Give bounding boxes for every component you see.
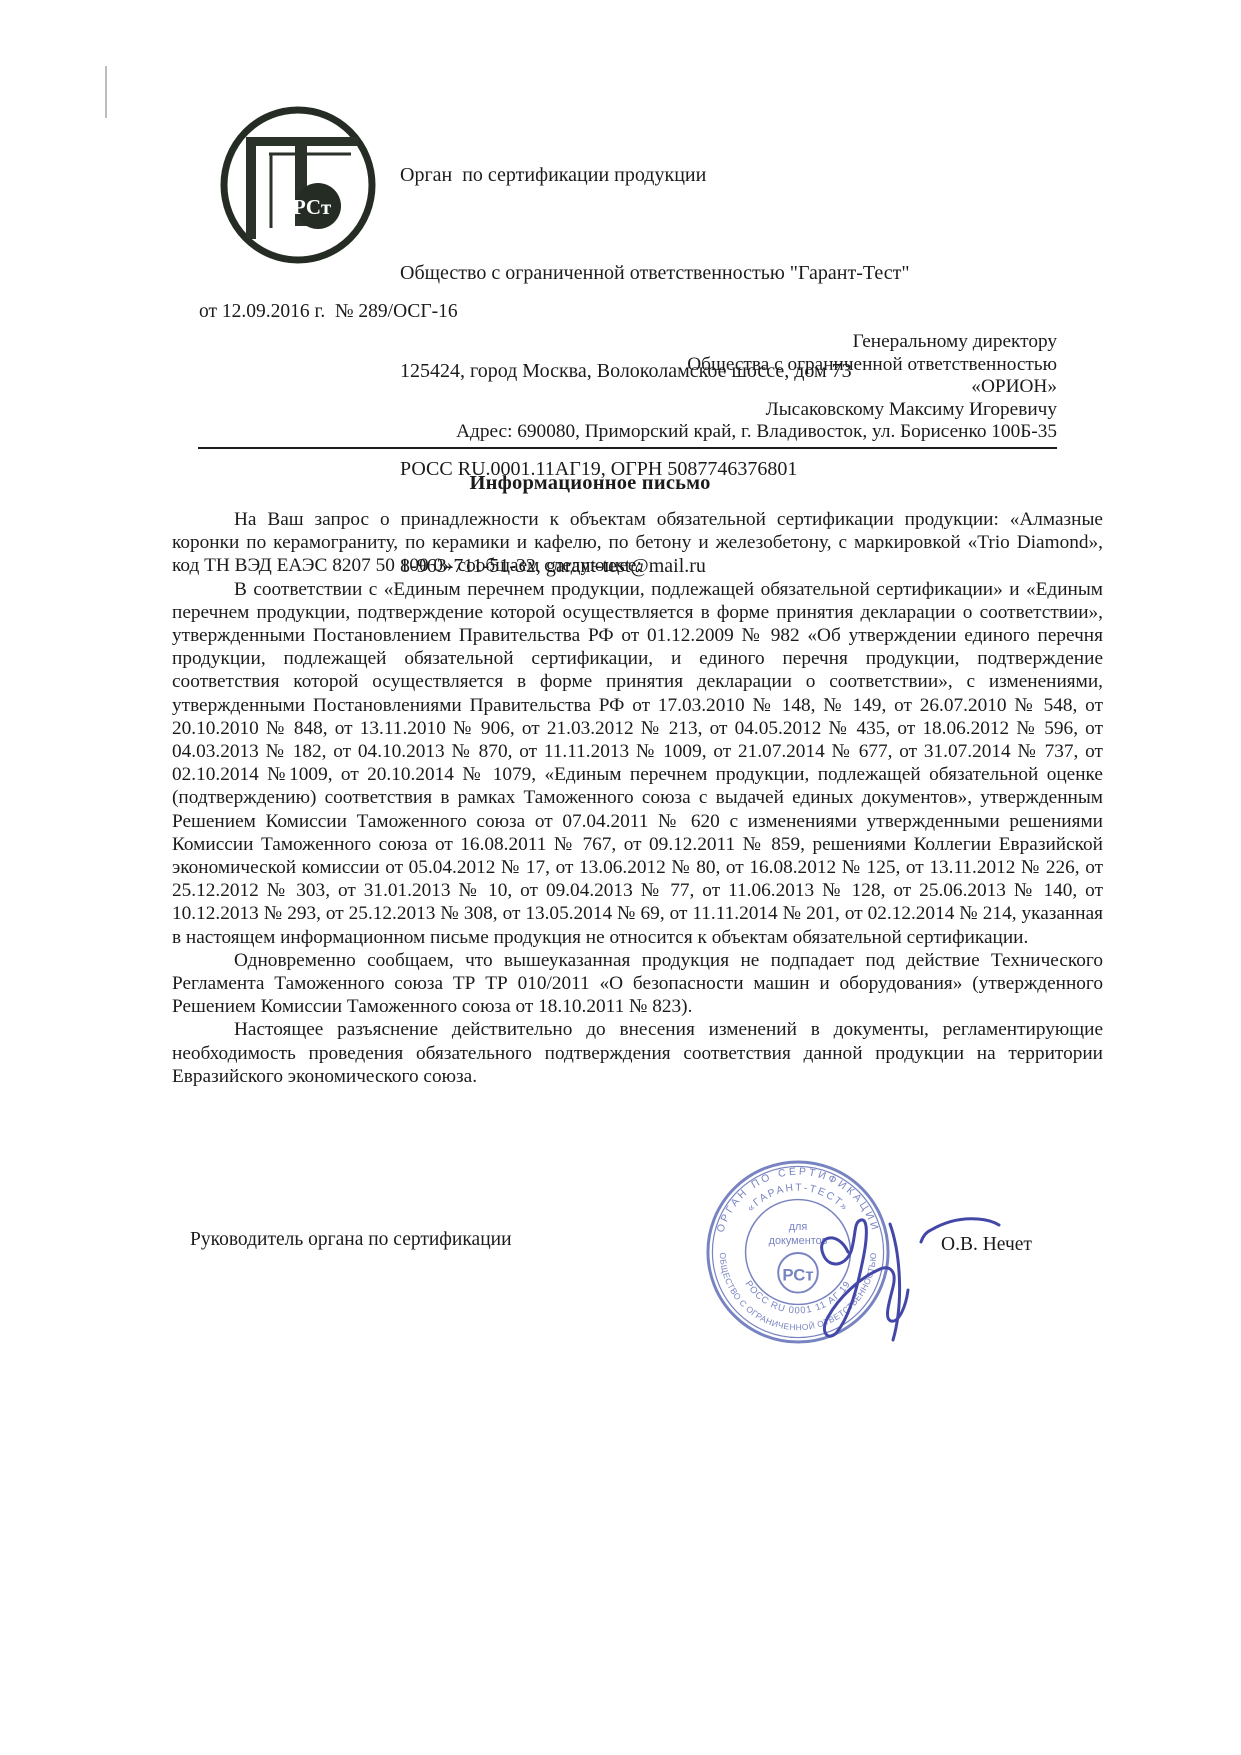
rst-mark-letters: РСт: [293, 195, 332, 219]
letter-body: На Ваш запрос о принадлежности к объекта…: [172, 508, 1103, 1088]
scanned-letter-page: РСт Орган по сертификации продукции Обще…: [0, 0, 1241, 1755]
handwritten-signature: [790, 1190, 1070, 1350]
header-line-1: Орган по сертификации продукции: [400, 159, 910, 192]
signer-role: Руководитель органа по сертификации: [190, 1229, 512, 1251]
garant-test-logo-icon: РСт: [219, 106, 377, 264]
scan-artifact-line: [105, 66, 107, 118]
body-paragraph-3: Одновременно сообщаем, что вышеуказанная…: [172, 949, 1103, 1019]
body-paragraph-1: На Ваш запрос о принадлежности к объекта…: [172, 508, 1103, 578]
addressee-line-5: Адрес: 690080, Приморский край, г. Влади…: [198, 421, 1057, 444]
addressee-block: Генеральному директору Общества с ограни…: [198, 331, 1057, 449]
header-line-2: Общество с ограниченной ответственностью…: [400, 257, 910, 290]
addressee-line-4: Лысаковскому Максиму Игоревичу: [198, 399, 1057, 422]
letter-title: Информационное письмо: [40, 472, 1140, 495]
addressee-line-3: «ОРИОН»: [198, 376, 1057, 399]
addressee-line-1: Генеральному директору: [198, 331, 1057, 354]
body-paragraph-2: В соответствии с «Единым перечнем продук…: [172, 578, 1103, 949]
reference-date-line: от 12.09.2016 г. № 289/ОСГ-16: [199, 301, 458, 323]
body-paragraph-4: Настоящее разъяснение действительно до в…: [172, 1018, 1103, 1088]
addressee-line-2: Общества с ограниченной ответственностью: [198, 354, 1057, 377]
